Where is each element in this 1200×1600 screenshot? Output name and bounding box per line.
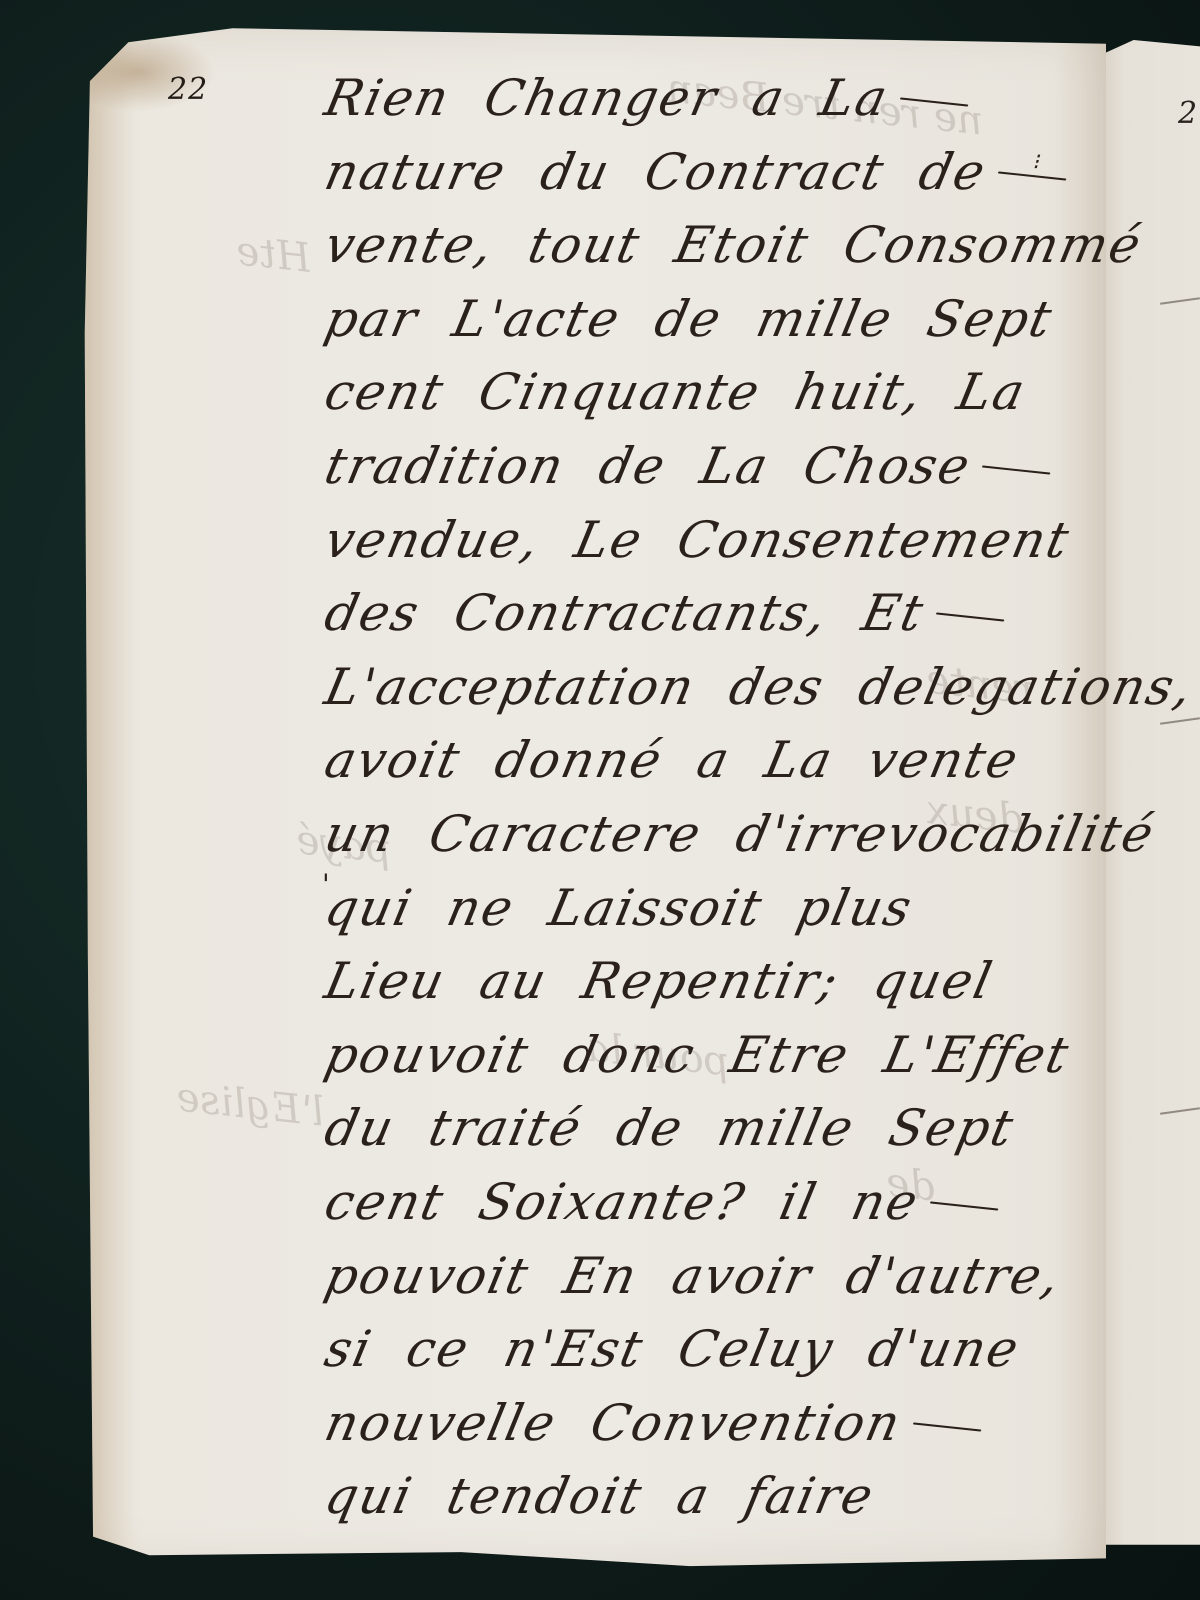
manuscript-line: du traité de mille Sept	[318, 1092, 1094, 1166]
ink-dots: ⁝	[1032, 150, 1039, 175]
line-end-flourish	[913, 1422, 982, 1431]
page-number: 22	[168, 72, 208, 107]
manuscript-line: vendue, Le Consentement	[318, 504, 1094, 578]
manuscript-line: pouvoit donc Etre L'Effet	[318, 1019, 1094, 1093]
manuscript-line: cent Cinquante huit, La	[318, 356, 1094, 430]
manuscript-line: si ce n'Est Celuy d'une	[318, 1313, 1094, 1387]
bleed-through-text: l'Eglise	[174, 1074, 326, 1135]
manuscript-line: Rien Changer a La	[318, 62, 1094, 136]
manuscript-line: cent Soixante? il ne	[318, 1166, 1094, 1240]
manuscript-line: nature du Contract de	[318, 136, 1094, 210]
manuscript-line: des Contractants, Et	[318, 577, 1094, 651]
manuscript-body: Rien Changer a La nature du Contract de …	[318, 62, 1078, 1534]
manuscript-line: avoit donné a La vente	[318, 724, 1094, 798]
manuscript-line: pouvoit En avoir d'autre,	[318, 1240, 1094, 1314]
manuscript-line: un Caractere d'irrevocabilité	[318, 798, 1094, 872]
manuscript-line: nouvelle Convention	[318, 1387, 1094, 1461]
facing-page-number: 2	[1178, 96, 1197, 131]
line-end-flourish	[982, 465, 1051, 474]
manuscript-line: vente, tout Etoit Consommé	[318, 209, 1094, 283]
manuscript-line: par L'acte de mille Sept	[318, 283, 1094, 357]
manuscript-line: Lieu au Repentir; quel	[318, 945, 1094, 1019]
line-end-flourish	[936, 613, 1005, 622]
bleed-through-text: Hte	[234, 228, 313, 282]
line-end-flourish	[900, 97, 969, 106]
ink-blot: '	[322, 868, 330, 901]
manuscript-line: qui tendoit a faire	[318, 1460, 1094, 1534]
photo-scene: 2 ne ren tre Bean Hte rente deux payé po…	[0, 0, 1200, 1600]
line-end-flourish	[930, 1201, 999, 1210]
manuscript-line: qui ne Laissoit plus	[318, 872, 1094, 946]
manuscript-line: tradition de La Chose	[318, 430, 1094, 504]
manuscript-line: L'acceptation des delegations,	[318, 651, 1094, 725]
